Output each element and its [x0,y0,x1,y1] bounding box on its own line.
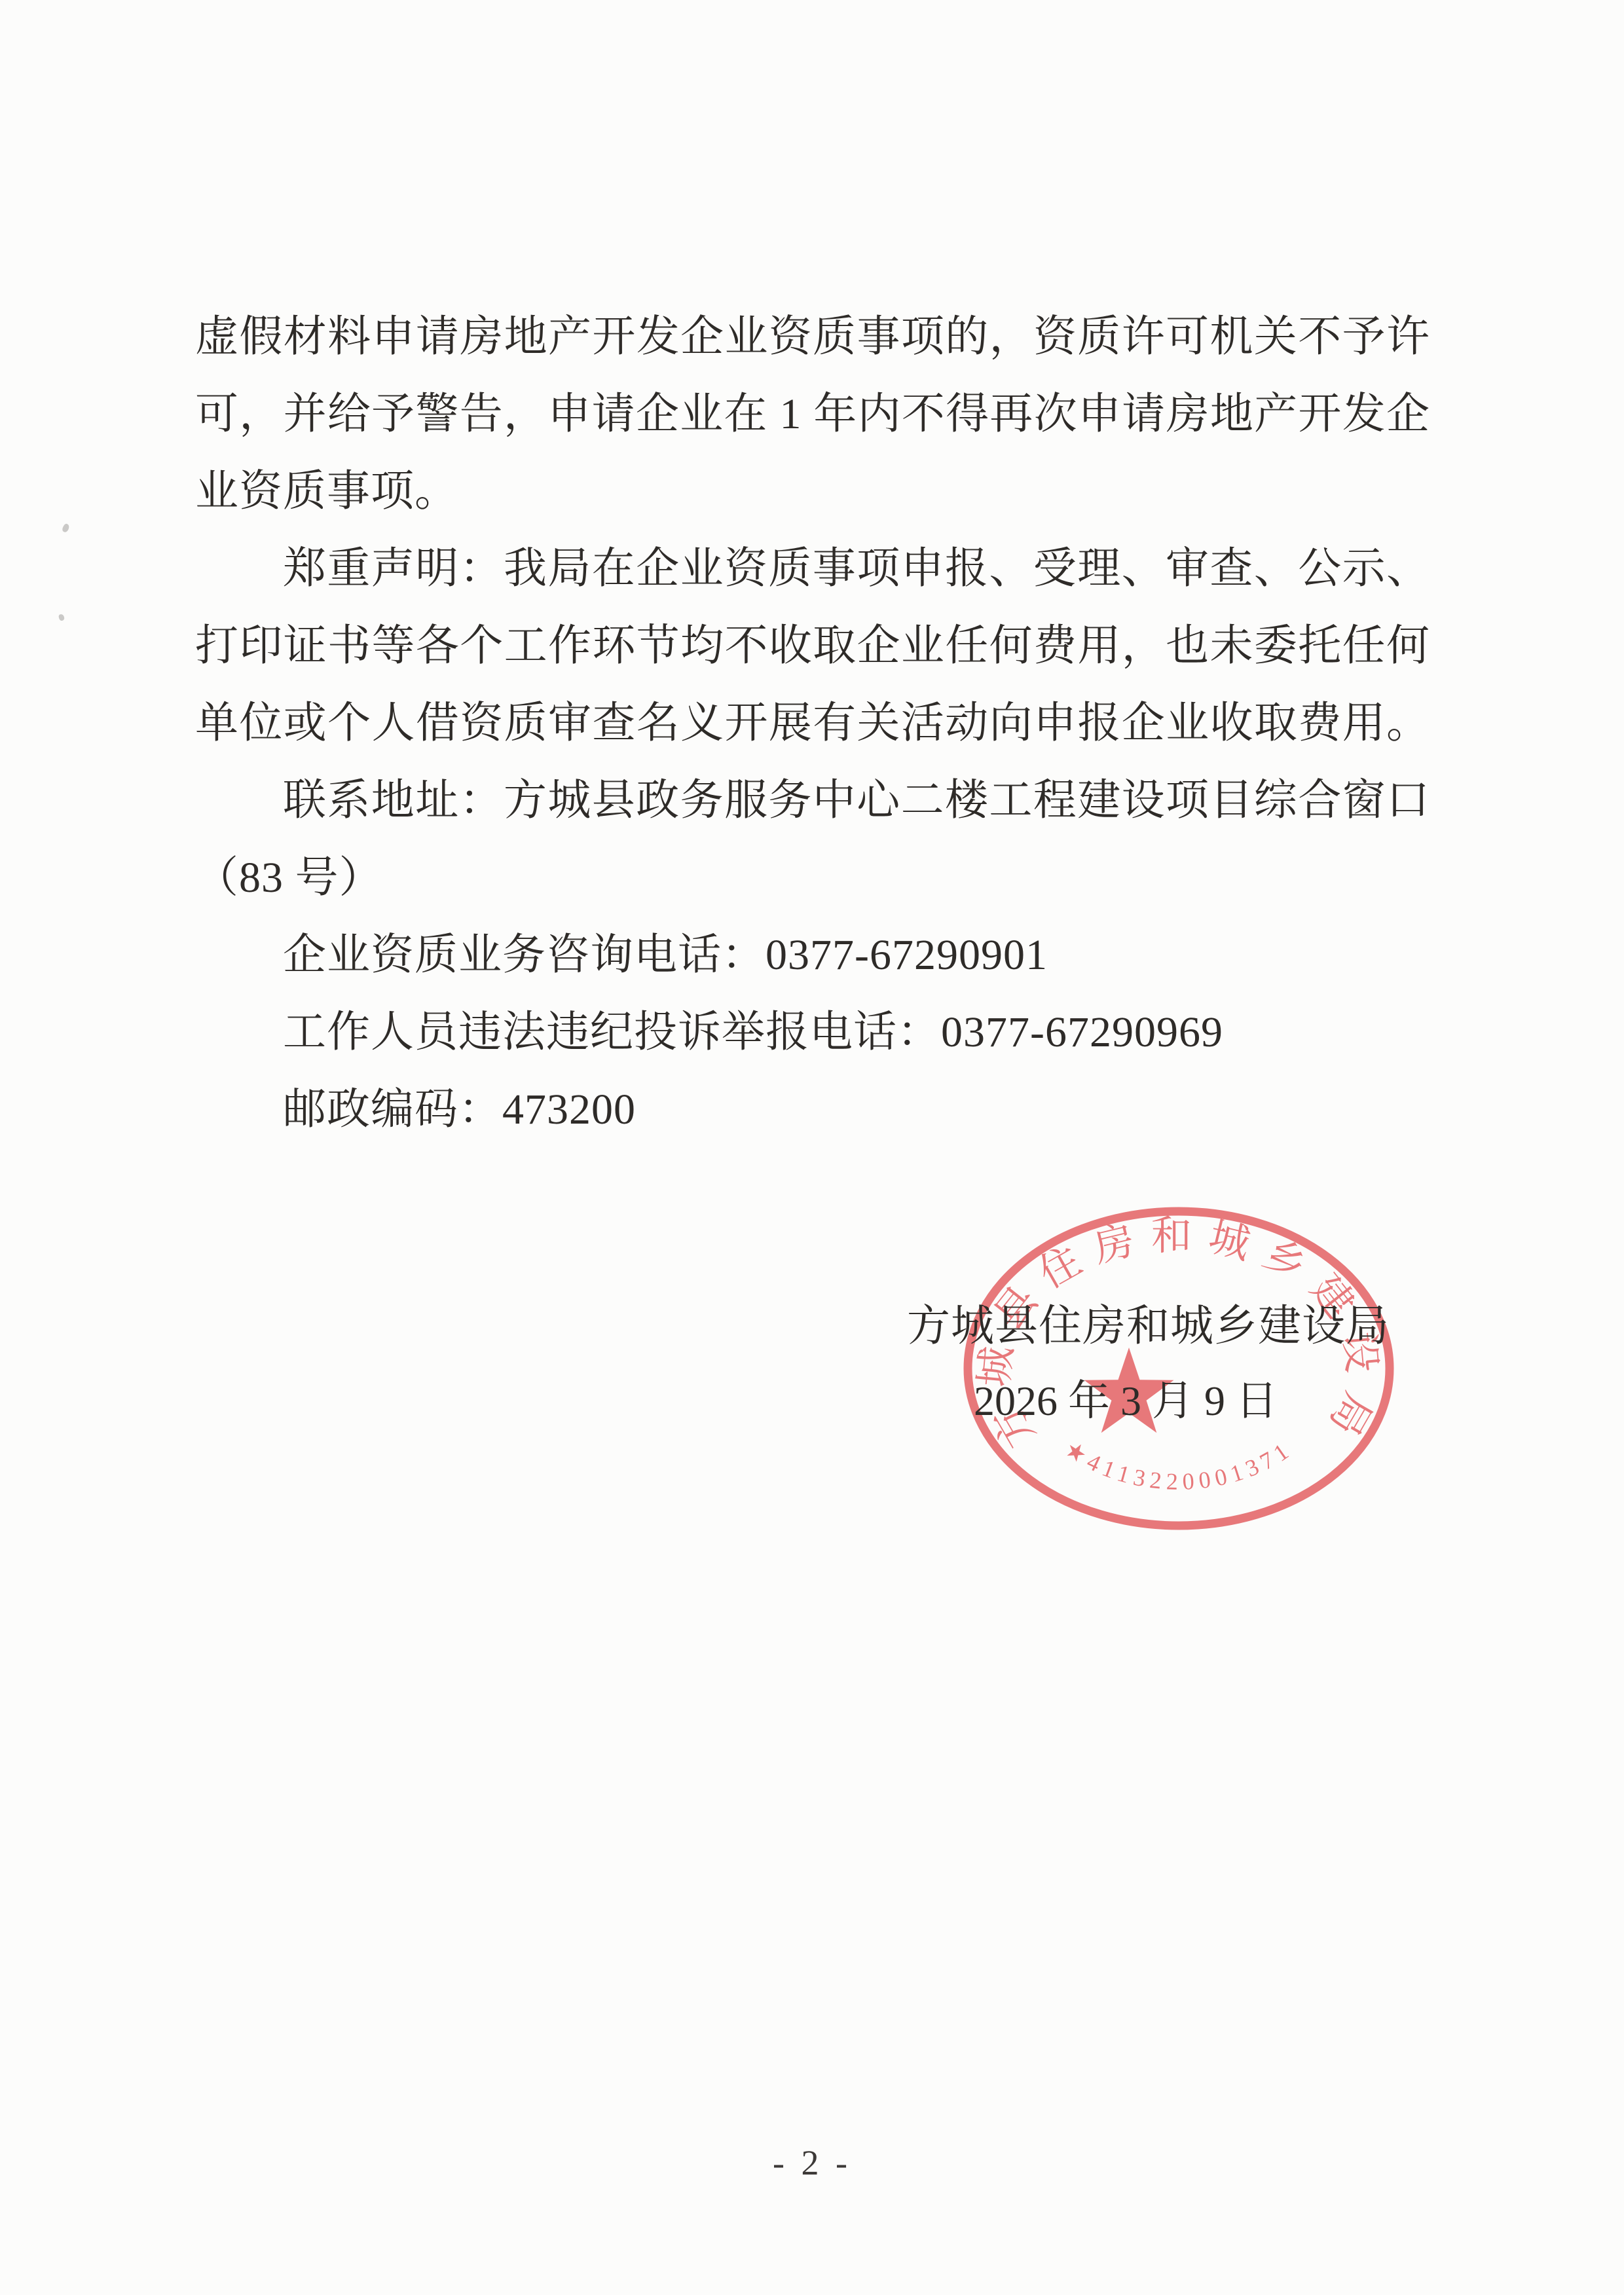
body-line: 可，并给予警告，申请企业在 1 年内不得再次申请房地产开发企 [195,376,1430,453]
body-line-consult-phone: 企业资质业务咨询电话：0377-67290901 [195,917,1430,994]
body-line: 打印证书等各个工作环节均不收取企业任何费用，也未委托任何 [195,608,1430,685]
document-page: 虚假材料申请房地产开发企业资质事项的，资质许可机关不予许 可，并给予警告，申请企… [0,0,1624,2295]
body-line: 业资质事项。 [195,453,1430,530]
body-line-report-phone: 工作人员违法违纪投诉举报电话：0377-67290969 [195,994,1430,1071]
scan-speck [61,523,70,534]
signature-date: 2026 年 3 月 9 日 [974,1363,1314,1440]
body-line: 郑重声明：我局在企业资质事项申报、受理、审查、公示、 [195,530,1430,608]
body-line-postal-code: 邮政编码：473200 [195,1071,1430,1148]
page-number: - 2 - [0,2142,1624,2183]
body-line: 虚假材料申请房地产开发企业资质事项的，资质许可机关不予许 [195,299,1430,376]
scan-speck [58,614,65,621]
body-text: 虚假材料申请房地产开发企业资质事项的，资质许可机关不予许 可，并给予警告，申请企… [195,299,1430,1148]
signature-organization: 方城县住房和城乡建设局 [907,1288,1405,1365]
body-line: 单位或个人借资质审查名义开展有关活动向申报企业收取费用。 [195,685,1430,762]
seal-code: ★4113220001371 [1060,1435,1298,1495]
body-line: （83 号） [195,839,1430,917]
body-line: 联系地址：方城县政务服务中心二楼工程建设项目综合窗口 [195,762,1430,839]
